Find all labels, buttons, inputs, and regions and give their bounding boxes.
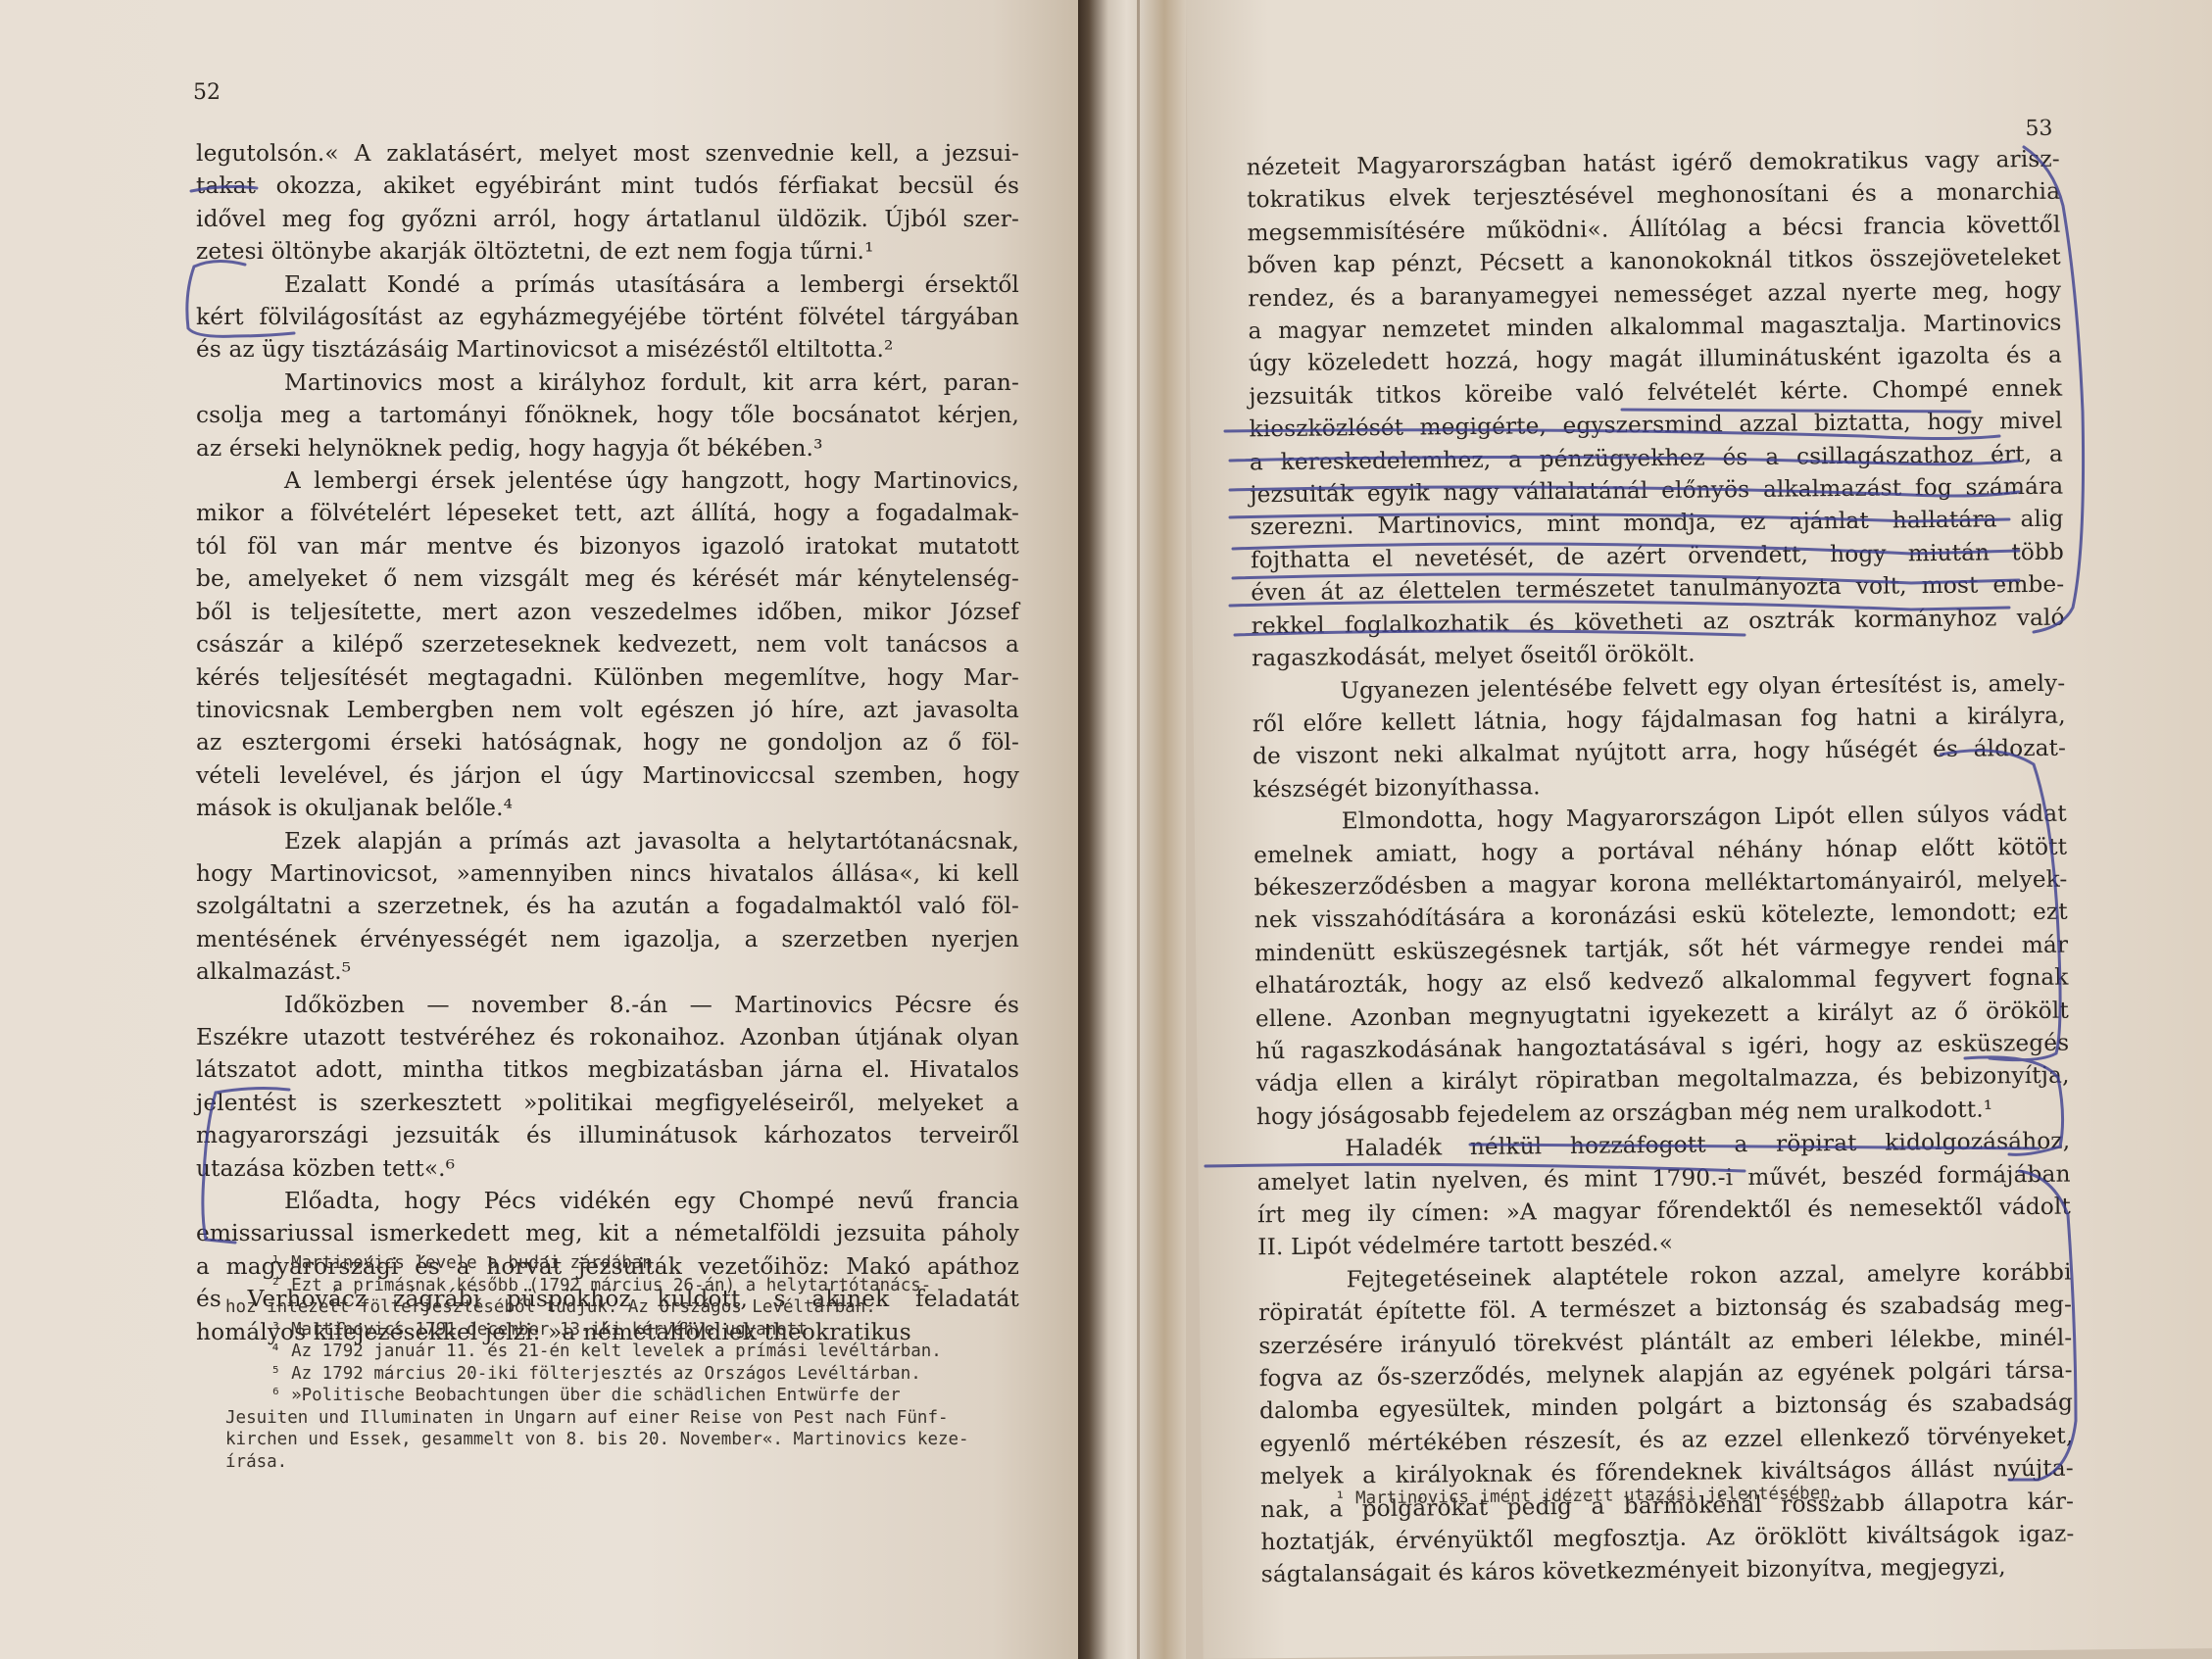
text-line: tól föl van már mentve és bizonyos igazo…: [196, 530, 1019, 562]
text-line: alkalmazást.⁵: [196, 955, 1019, 988]
text-line: ből is teljesítette, mert azon veszedelm…: [196, 596, 1019, 628]
text-line: jelentést is szerkesztett »politikai meg…: [196, 1087, 1019, 1119]
right-page: 53 nézeteit Magyarországban hatást igérő…: [1186, 0, 2212, 1659]
paragraph: Elmondotta, hogy Magyarországon Lipót el…: [1253, 798, 2070, 1134]
text-line: vételi levelével, és járjon el úgy Marti…: [196, 759, 1019, 792]
footnote-line: ⁵ Az 1792 március 20-iki fölterjesztés a…: [225, 1363, 1029, 1386]
text-line: Ezek alapján a prímás azt javasolta a he…: [196, 825, 1019, 857]
page-number-right: 53: [2025, 117, 2052, 141]
text-line: kérés teljesítését megtagadni. Különben …: [196, 661, 1019, 694]
footnote-line: ⁶ »Politische Beobachtungen über die sch…: [225, 1385, 1029, 1407]
text-line: mentésének érvényességét nem igazolja, a…: [196, 923, 1019, 955]
text-line: idővel meg fog győzni arról, hogy ártatl…: [196, 203, 1019, 235]
text-line: Eszékre utazott testvéréhez és rokonaiho…: [196, 1021, 1019, 1053]
text-line: Ezalatt Kondé a prímás utasítására a lem…: [196, 268, 1019, 301]
paragraph: A lembergi érsek jelentése úgy hangzott,…: [196, 464, 1019, 824]
text-line: Időközben — november 8.-án — Martinovics…: [196, 989, 1019, 1021]
footnote-line: ² Ezt a prímásnak később (1792 március 2…: [225, 1275, 1029, 1297]
text-line: be, amelyeket ő nem vizsgált meg és kéré…: [196, 562, 1019, 595]
paragraph: Ezalatt Kondé a prímás utasítására a lem…: [196, 268, 1019, 366]
left-page: 52 legutolsón.« A zaklatásért, melyet mo…: [0, 0, 1078, 1659]
paragraph: Ugyanezen jelentésébe felvett egy olyan …: [1252, 666, 2066, 805]
book-spine: [1078, 0, 1186, 1659]
footnote-line: ³ Martinovics 1791 december 13-iki kérvé…: [225, 1319, 1029, 1342]
text-line: mások is okuljanak belőle.⁴: [196, 792, 1019, 824]
text-line: látszatot adott, mintha titkos megbizatá…: [196, 1053, 1019, 1086]
text-line: császár a kilépő szerzeteseknek kedvezet…: [196, 628, 1019, 660]
footnote-line: hoz intézett fölterjesztéséből tudjuk. A…: [225, 1296, 1029, 1319]
text-line: A lembergi érsek jelentése úgy hangzott,…: [196, 464, 1019, 497]
text-line: legutolsón.« A zaklatásért, melyet most …: [196, 137, 1019, 170]
text-line: az érseki helynöknek pedig, hogy hagyja …: [196, 432, 1019, 464]
footnote-line: ⁴ Az 1792 január 11. és 21-én kelt level…: [225, 1341, 1029, 1363]
text-line: hogy Martinovicsot, »amennyiben nincs hi…: [196, 857, 1019, 890]
text-line: mikor a fölvételért lépeseket tett, azt …: [196, 497, 1019, 529]
page-number-left: 52: [193, 80, 221, 105]
paragraph: Haladék nélkül hozzáfogott a röpirat kid…: [1256, 1125, 2071, 1264]
text-line: emissariussal ismerkedett meg, kit a ném…: [196, 1217, 1019, 1249]
text-line: takat okozza, akiket egyébiránt mint tud…: [196, 170, 1019, 202]
footnote-line: írása.: [225, 1451, 1029, 1474]
text-line: zetesi öltönybe akarják öltöztetni, de e…: [196, 235, 1019, 268]
text-line: és az ügy tisztázásáig Martinovicsot a m…: [196, 333, 1019, 366]
paragraph: Időközben — november 8.-án — Martinovics…: [196, 989, 1019, 1185]
paragraph: Fejtegetéseinek alaptétele rokon azzal, …: [1258, 1255, 2075, 1591]
footnote-line: Jesuiten und Illuminaten in Ungarn auf e…: [225, 1407, 1029, 1430]
text-line: Előadta, hogy Pécs vidékén egy Chompé ne…: [196, 1185, 1019, 1217]
footnote-line: kirchen und Essek, gesammelt von 8. bis …: [225, 1429, 1029, 1451]
paragraph: legutolsón.« A zaklatásért, melyet most …: [196, 137, 1019, 268]
footnote-line: ¹ Martinovics levele a budai zárdában.: [225, 1252, 1029, 1275]
text-line: csolja meg a tartományi főnöknek, hogy t…: [196, 399, 1019, 431]
text-line: tinovicsnak Lembergben nem volt egészen …: [196, 694, 1019, 726]
text-line: az esztergomi érseki hatóságnak, hogy ne…: [196, 726, 1019, 758]
text-line: Martinovics most a királyhoz fordult, ki…: [196, 366, 1019, 399]
paragraph: Martinovics most a királyhoz fordult, ki…: [196, 366, 1019, 464]
right-body-text: nézeteit Magyarországban hatást igérő de…: [1247, 143, 2075, 1591]
left-footnotes: ¹ Martinovics levele a budai zárdában.² …: [225, 1252, 1029, 1473]
paragraph: nézeteit Magyarországban hatást igérő de…: [1247, 143, 2066, 675]
left-body-text: legutolsón.« A zaklatásért, melyet most …: [196, 137, 1019, 1348]
paragraph: Ezek alapján a prímás azt javasolta a he…: [196, 825, 1019, 989]
text-line: szolgáltatni a szerzetnek, és ha azután …: [196, 890, 1019, 922]
text-line: magyarországi jezsuiták és illuminátusok…: [196, 1119, 1019, 1151]
text-line: kért fölvilágosítást az egyházmegyéjébe …: [196, 301, 1019, 333]
spine-tear: [1137, 0, 1140, 1659]
text-line: utazása közben tett«.⁶: [196, 1152, 1019, 1185]
